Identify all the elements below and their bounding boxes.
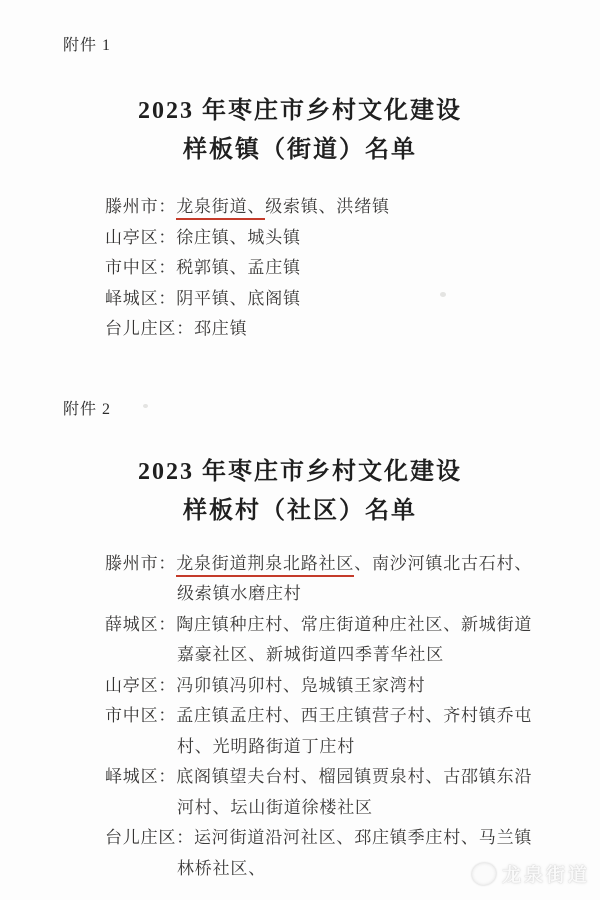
attachment-2-entry-list: 滕州市：龙泉街道荆泉北路社区、南沙河镇北古石村、 级索镇水磨庄村 薛城区：陶庄镇… xyxy=(105,549,600,885)
a2-entry-shanting: 山亭区：冯卯镇冯卯村、凫城镇王家湾村 xyxy=(105,671,600,702)
red-underlined-highlight: 龙泉街道、 xyxy=(176,197,265,220)
a2-entry-tengzhou: 滕州市：龙泉街道荆泉北路社区、南沙河镇北古石村、 级索镇水磨庄村 xyxy=(105,549,600,610)
attachment-1-entry-list: 滕州市：龙泉街道、级索镇、洪绪镇 山亭区：徐庄镇、城头镇 市中区：税郭镇、孟庄镇… xyxy=(105,192,600,345)
watermark-logo-icon xyxy=(472,863,496,885)
attachment-1-title-line1: 2023 年枣庄市乡村文化建设 xyxy=(0,92,600,131)
attachment-2-title: 2023 年枣庄市乡村文化建设 样板村（社区）名单 xyxy=(0,453,600,531)
entry-text: 冯卯镇冯卯村、凫城镇王家湾村 xyxy=(176,676,425,695)
district-label: 滕州市： xyxy=(105,197,176,216)
attachment-2-label: 附件 2 xyxy=(63,400,600,420)
a1-entry-shanting: 山亭区：徐庄镇、城头镇 xyxy=(105,223,600,254)
district-label: 台儿庄区： xyxy=(105,828,194,847)
district-label: 滕州市： xyxy=(105,554,176,573)
entry-text: 底阁镇望夫台村、榴园镇贾泉村、古邵镇东沿 河村、坛山街道徐楼社区 xyxy=(176,767,532,817)
district-label: 台儿庄区： xyxy=(105,319,194,338)
district-label: 市中区： xyxy=(105,706,176,725)
district-label: 山亭区： xyxy=(105,228,176,247)
entry-text: 陶庄镇种庄村、常庄街道种庄社区、新城街道 嘉豪社区、新城街道四季菁华社区 xyxy=(176,615,532,665)
attachment-1-title: 2023 年枣庄市乡村文化建设 样板镇（街道）名单 xyxy=(0,92,600,170)
watermark: 龙泉街道 xyxy=(472,860,590,887)
attachment-2-section: 附件 2 2023 年枣庄市乡村文化建设 样板村（社区）名单 滕州市：龙泉街道荆… xyxy=(0,400,600,885)
attachment-2-title-line1: 2023 年枣庄市乡村文化建设 xyxy=(0,453,600,492)
a2-entry-xuecheng: 薛城区：陶庄镇种庄村、常庄街道种庄社区、新城街道 嘉豪社区、新城街道四季菁华社区 xyxy=(105,610,600,671)
entry-text: 税郭镇、孟庄镇 xyxy=(176,258,301,277)
scan-speck xyxy=(143,404,148,408)
watermark-text: 龙泉街道 xyxy=(502,860,590,887)
a2-entry-yicheng: 峄城区：底阁镇望夫台村、榴园镇贾泉村、古邵镇东沿 河村、坛山街道徐楼社区 xyxy=(105,762,600,823)
a2-entry-shizhong: 市中区：孟庄镇孟庄村、西王庄镇营子村、齐村镇乔屯 村、光明路街道丁庄村 xyxy=(105,701,600,762)
district-label: 市中区： xyxy=(105,258,176,277)
a1-entry-yicheng: 峄城区：阴平镇、底阁镇 xyxy=(105,284,600,315)
entry-text: 孟庄镇孟庄村、西王庄镇营子村、齐村镇乔屯 村、光明路街道丁庄村 xyxy=(176,706,532,756)
district-label: 薛城区： xyxy=(105,615,176,634)
attachment-1-label: 附件 1 xyxy=(63,36,600,56)
district-label: 峄城区： xyxy=(105,289,176,308)
entry-text: 级索镇、洪绪镇 xyxy=(265,197,390,216)
district-label: 峄城区： xyxy=(105,767,176,786)
scan-speck xyxy=(440,292,446,297)
attachment-2-title-line2: 样板村（社区）名单 xyxy=(0,492,600,531)
district-label: 山亭区： xyxy=(105,676,176,695)
a1-entry-taierzhuang: 台儿庄区：邳庄镇 xyxy=(105,314,600,345)
entry-text: 徐庄镇、城头镇 xyxy=(176,228,301,247)
entry-text: 邳庄镇 xyxy=(194,319,247,338)
entry-text: 阴平镇、底阁镇 xyxy=(176,289,301,308)
red-underlined-highlight: 龙泉街道荆泉北路社区 xyxy=(176,554,354,577)
document-page: 附件 1 2023 年枣庄市乡村文化建设 样板镇（街道）名单 滕州市：龙泉街道、… xyxy=(0,0,600,900)
attachment-1-title-line2: 样板镇（街道）名单 xyxy=(0,131,600,170)
attachment-1-section: 附件 1 2023 年枣庄市乡村文化建设 样板镇（街道）名单 滕州市：龙泉街道、… xyxy=(0,36,600,345)
a1-entry-tengzhou: 滕州市：龙泉街道、级索镇、洪绪镇 xyxy=(105,192,600,223)
a1-entry-shizhong: 市中区：税郭镇、孟庄镇 xyxy=(105,253,600,284)
